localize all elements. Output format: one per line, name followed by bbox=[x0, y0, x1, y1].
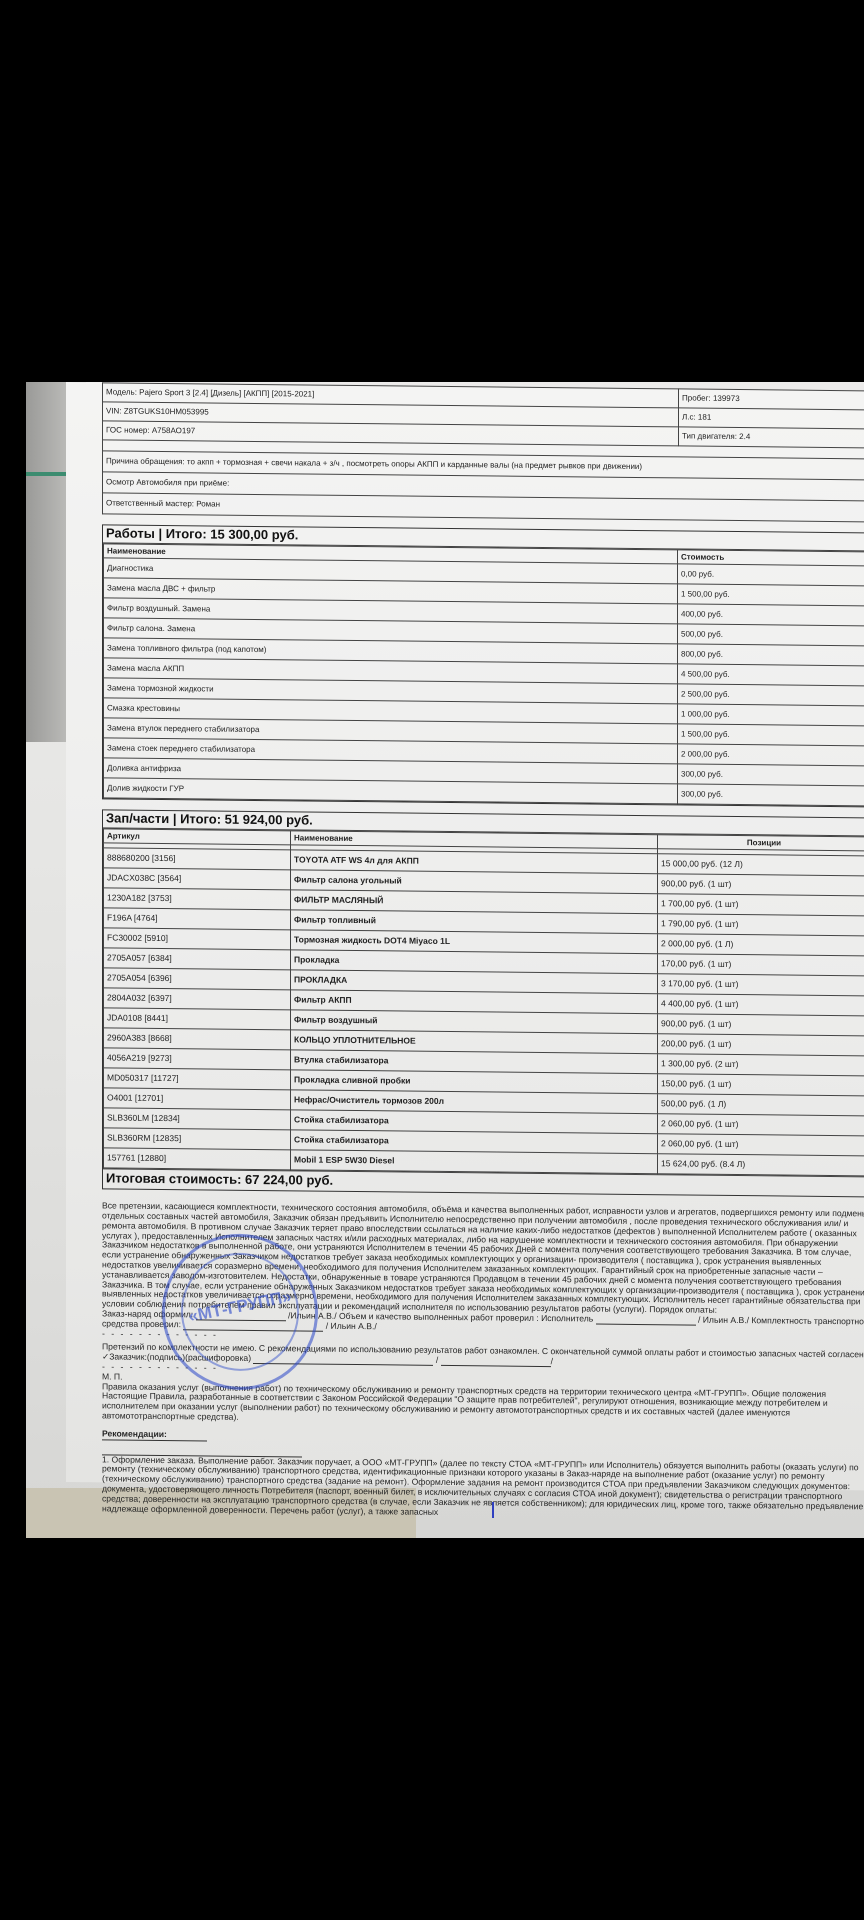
part-position: 170,00 руб. (1 шт) bbox=[658, 954, 864, 976]
work-cost: 300,00 руб. bbox=[678, 764, 864, 786]
work-cost: 4 500,00 руб. bbox=[678, 664, 864, 686]
part-position: 15 624,00 руб. (8.4 Л) bbox=[658, 1154, 864, 1176]
rules-text: Настоящие Правила, разработанные в соотв… bbox=[102, 1392, 864, 1429]
work-cost: 300,00 руб. bbox=[678, 784, 864, 806]
works-section: Работы | Итого: 15 300,00 руб. Наименова… bbox=[102, 524, 864, 807]
work-cost: 400,00 руб. bbox=[678, 604, 864, 626]
part-article: О4001 [12701] bbox=[104, 1088, 291, 1110]
part-article: 2804A032 [6397] bbox=[104, 988, 291, 1010]
work-cost: 2 000,00 руб. bbox=[678, 744, 864, 766]
work-cost: 0,00 руб. bbox=[678, 564, 864, 586]
works-table: Наименование Стоимость Диагностика 0,00 … bbox=[103, 543, 864, 806]
parts-table: Артикул Наименование Позиции 888680200 [… bbox=[103, 828, 864, 1176]
part-article: 1230A182 [3753] bbox=[104, 888, 291, 910]
part-position: 4 400,00 руб. (1 шт) bbox=[658, 994, 864, 1016]
part-article: SLB360LM [12834] bbox=[104, 1108, 291, 1130]
part-position: 1 790,00 руб. (1 шт) bbox=[658, 914, 864, 936]
recommendations-label: Рекомендации: bbox=[102, 1429, 207, 1441]
work-cost: 2 500,00 руб. bbox=[678, 684, 864, 706]
part-position: 2 060,00 руб. (1 шт) bbox=[658, 1134, 864, 1156]
work-cost: 800,00 руб. bbox=[678, 644, 864, 666]
part-article: 157761 [12880] bbox=[104, 1148, 291, 1170]
issuer-name-3: / Ильин А.В./ bbox=[326, 1320, 377, 1331]
executor-signature-line bbox=[596, 1323, 696, 1325]
pen-mark bbox=[492, 1502, 494, 1518]
vehicle-mileage: Пробег: 139973 bbox=[679, 389, 864, 410]
part-position: 900,00 руб. (1 шт) bbox=[658, 874, 864, 896]
issuer-signature-line bbox=[196, 1319, 286, 1321]
part-position: 500,00 руб. (1 Л) bbox=[658, 1094, 864, 1116]
part-position: 150,00 руб. (1 шт) bbox=[658, 1074, 864, 1096]
part-article: 2705A057 [6384] bbox=[104, 948, 291, 970]
part-article: JDA0108 [8441] bbox=[104, 1008, 291, 1030]
work-order-sheet: Модель: Pajero Sport 3 [2.4] [Дизель] [А… bbox=[66, 382, 864, 1490]
part-article: 888680200 [3156] bbox=[104, 848, 291, 870]
part-position: 2 000,00 руб. (1 Л) bbox=[658, 934, 864, 956]
clause-1: 1. Оформление заказа. Выполнение работ. … bbox=[102, 1455, 864, 1522]
work-cost: 1 000,00 руб. bbox=[678, 704, 864, 726]
vehicle-hp: Л.с: 181 bbox=[679, 408, 864, 429]
part-position: 1 700,00 руб. (1 шт) bbox=[658, 894, 864, 916]
work-cost: 500,00 руб. bbox=[678, 624, 864, 646]
part-article: 4056A219 [9273] bbox=[104, 1048, 291, 1070]
part-position: 3 170,00 руб. (1 шт) bbox=[658, 974, 864, 996]
claims-paragraph: Все претензии, касающиеся комплектности,… bbox=[102, 1202, 864, 1318]
vehicle-info-table: Модель: Pajero Sport 3 [2.4] [Дизель] [А… bbox=[102, 382, 864, 522]
work-cost: 1 500,00 руб. bbox=[678, 724, 864, 746]
part-position: 15 000,00 руб. (12 Л) bbox=[658, 854, 864, 876]
part-article: 2960A383 [8668] bbox=[104, 1028, 291, 1050]
vehicle-engine: Тип двигателя: 2.4 bbox=[679, 427, 864, 448]
part-position: 1 300,00 руб. (2 шт) bbox=[658, 1054, 864, 1076]
part-article: SLB360RM [12835] bbox=[104, 1128, 291, 1150]
part-article: MD050317 [11727] bbox=[104, 1068, 291, 1090]
document-photo: Модель: Pajero Sport 3 [2.4] [Дизель] [А… bbox=[26, 382, 864, 1538]
parts-section: Зап/части | Итого: 51 924,00 руб. Артику… bbox=[102, 810, 864, 1198]
part-article: JDACX038C [3564] bbox=[104, 868, 291, 890]
part-article: 2705A054 [6396] bbox=[104, 968, 291, 990]
part-article: F196A [4764] bbox=[104, 908, 291, 930]
work-cost: 1 500,00 руб. bbox=[678, 584, 864, 606]
part-position: 900,00 руб. (1 шт) bbox=[658, 1014, 864, 1036]
part-article: FC30002 [5910] bbox=[104, 928, 291, 950]
part-position: 2 060,00 руб. (1 шт) bbox=[658, 1114, 864, 1136]
part-position: 200,00 руб. (1 шт) bbox=[658, 1034, 864, 1056]
legal-terms: Все претензии, касающиеся комплектности,… bbox=[102, 1202, 864, 1522]
